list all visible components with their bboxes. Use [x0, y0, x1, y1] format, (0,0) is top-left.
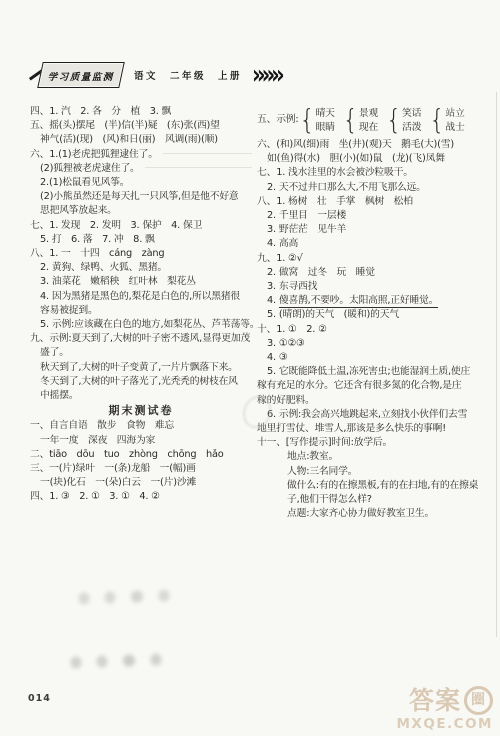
answer-line: 5. 打 6. 落 7. 冲 8. 飘 [30, 233, 252, 247]
brace-answer-line: 五、示例:{晴天眼睛{景观现在{笑话活泼{站立战士 [257, 105, 479, 136]
answer-label: 五、示例: [257, 113, 299, 127]
answer-line: 十一、[写作提示]时间:放学后。 [257, 436, 479, 450]
faint-stamp-mark [72, 584, 179, 610]
brace-pair: {笑话活泼 [386, 107, 421, 135]
answer-line: 十、1. ① 2. ② [257, 323, 479, 337]
answer-line: 八、1. 一 十四 cáng zàng [30, 247, 252, 261]
answer-line: 3. 东寻西找 [257, 280, 479, 294]
watermark-brand-text: 答案 [409, 688, 461, 713]
page-number: 014 [28, 693, 51, 704]
answer-line: 六、1.(1)老虎把狐狸逮住了。 [30, 148, 252, 162]
answer-line: 6. 示例:我会高兴地跳起来,立刻找小伙伴们去雪 [257, 408, 479, 422]
watermark-site-url: MXQE.COM [397, 718, 494, 732]
answer-line: 一、自言自语 散步 食物 难忘 [30, 419, 252, 433]
answer-line: 冬天到了,大树的叶子落光了,光秃秃的树枝在风 [30, 375, 252, 389]
site-watermark: 答案 圈 MXQE.COM [397, 686, 494, 732]
answer-line: 做什么:有的在擦黑板,有的在扫地,有的在擦桌 [257, 479, 479, 493]
watermark-brand: 答案 圈 [397, 686, 494, 715]
answer-line: 5. 它既能降低土温,冻死害虫;也能湿润土质,使庄 [257, 365, 479, 379]
answer-line: 神气(活)(现) (风)和日(丽) 风调(雨)(顺) [30, 133, 252, 147]
brace-pair: {站立战士 [429, 107, 464, 135]
brace-icon: { [300, 112, 315, 128]
answer-line: 四、1. ③ 2. ① 3. ① 4. ② [30, 490, 252, 504]
answer-line: 思把风筝放起来。 [30, 204, 252, 218]
answer-book-page: 学习质量监测 语文 二年级 上册 »»» 四、1. 汽 2. 各 分 植 3. … [0, 0, 500, 736]
answer-line: 二、tiāo dōu tuo zhòng chōng hǎo [30, 448, 252, 462]
answer-line: 七、1. 浅水洼里的水会被沙粒吸干。 [257, 166, 479, 180]
answer-line: 八、1. 杨树 壮 手掌 枫树 松柏 [257, 195, 479, 209]
answer-line: 3. 野茫茫 见牛羊 [257, 223, 479, 237]
answer-line: 六、(和)风(细)雨 坐(井)(观)天 鹅毛(大)(雪) [257, 138, 479, 152]
answer-line: 如(鱼)得(水) 胆(小)(如)鼠 (龙)(飞)凤舞 [257, 152, 479, 166]
answer-line: 九、示例:夏天到了,大树的叶子密不透风,显得更加茂 [30, 332, 252, 346]
answer-line: (2)狐狸被老虎逮住了。 [30, 162, 252, 176]
answer-line: 5. (晴朗)的天气 (暖和)的天气 [257, 308, 479, 322]
answer-line: 三、一(片)绿叶 一(条)龙船 一(幅)画 [30, 462, 252, 476]
answer-line: 4. 高高 [257, 237, 479, 251]
answer-line: 盛了。 [30, 346, 252, 360]
answer-line: 秋天到了,大树的叶子变黄了,一片片飘落下来。 [30, 361, 252, 375]
answer-line: 七、1. 发现 2. 发明 3. 保护 4. 保卫 [30, 219, 252, 233]
answer-line: 四、1. 汽 2. 各 分 植 3. 飘 [30, 105, 252, 119]
answer-line: 2. 做窝 过冬 玩 睡觉 [257, 266, 479, 280]
faint-stamp-mark [64, 648, 171, 674]
brace-icon: { [386, 112, 401, 128]
answer-line: 3. ①②③ [257, 337, 479, 351]
answer-line: 2. 千里目 一层楼 [257, 209, 479, 223]
scan-edge-line [496, 92, 497, 637]
answer-line: 中摇摆。 [30, 389, 252, 403]
answer-line: 2.(1)松鼠看见风筝。 [30, 176, 252, 190]
chevron-arrows-icon: »»» [252, 62, 281, 88]
answer-line: 人物:三名同学。 [257, 465, 479, 479]
series-logo-label: 学习质量监测 [48, 69, 114, 83]
answer-line: 容易被捉到。 [30, 304, 252, 318]
left-answer-column: 四、1. 汽 2. 各 分 植 3. 飘五、摇(头)摆尾 (半)信(半)疑 (东… [30, 105, 252, 505]
answer-line: 九、1. ②√ [257, 252, 479, 266]
answer-line: 地里打雪仗、堆雪人,那该是多么快乐的事啊! [257, 422, 479, 436]
brace-pair: {景观现在 [343, 107, 378, 135]
answer-line: (2)小熊虽然还是每天扎一只风筝,但是他不好意 [30, 190, 252, 204]
answer-line: 稼有充足的水分。它还含有很多氮的化合物,是庄 [257, 379, 479, 393]
right-answer-column: 五、示例:{晴天眼睛{景观现在{笑话活泼{站立战士六、(和)风(细)雨 坐(井)… [257, 105, 479, 521]
answer-line: 五、摇(头)摆尾 (半)信(半)疑 (东)张(西)望 [30, 119, 252, 133]
section-heading: 期末测试卷 [30, 403, 252, 419]
edition-label: 语文 二年级 上册 [134, 68, 242, 82]
brace-icon: { [343, 112, 358, 128]
answer-line: 4. 傻喜鹊,不要吵。太阳高照,正好睡觉。 [257, 294, 479, 308]
answer-line: 5. 示例:应该藏在白色的地方,如梨花丛、芦苇荡等。 [30, 318, 252, 332]
answer-line: 4. 因为黑猪是黑色的,梨花是白色的,所以黑猪很 [30, 290, 252, 304]
series-logo: 学习质量监测 [37, 62, 125, 88]
answer-line: 2. 黄狗、绿鸭、火狐、黑猪。 [30, 261, 252, 275]
answer-line: 一年一度 深夜 四海为家 [30, 434, 252, 448]
page-header: 学习质量监测 语文 二年级 上册 »»» [28, 62, 281, 88]
answer-line: 点题:大家齐心协力做好教室卫生。 [257, 507, 479, 521]
answer-line: 稼的好肥料。 [257, 394, 479, 408]
answer-line: 一(块)化石 一(朵)白云 一(片)沙滩 [30, 476, 252, 490]
answer-line: 4. ③ [257, 351, 479, 365]
answer-line: 子,他们干得怎么样? [257, 493, 479, 507]
answer-line: 地点:教室。 [257, 450, 479, 464]
brace-pair: {晴天眼睛 [300, 107, 335, 135]
answer-line: 3. 油菜花 嫩稻秧 红叶林 梨花丛 [30, 275, 252, 289]
answer-line: 2. 天不过井口那么大,不用飞那么远。 [257, 181, 479, 195]
brace-icon: { [429, 112, 444, 128]
watermark-circle-icon: 圈 [464, 686, 493, 715]
